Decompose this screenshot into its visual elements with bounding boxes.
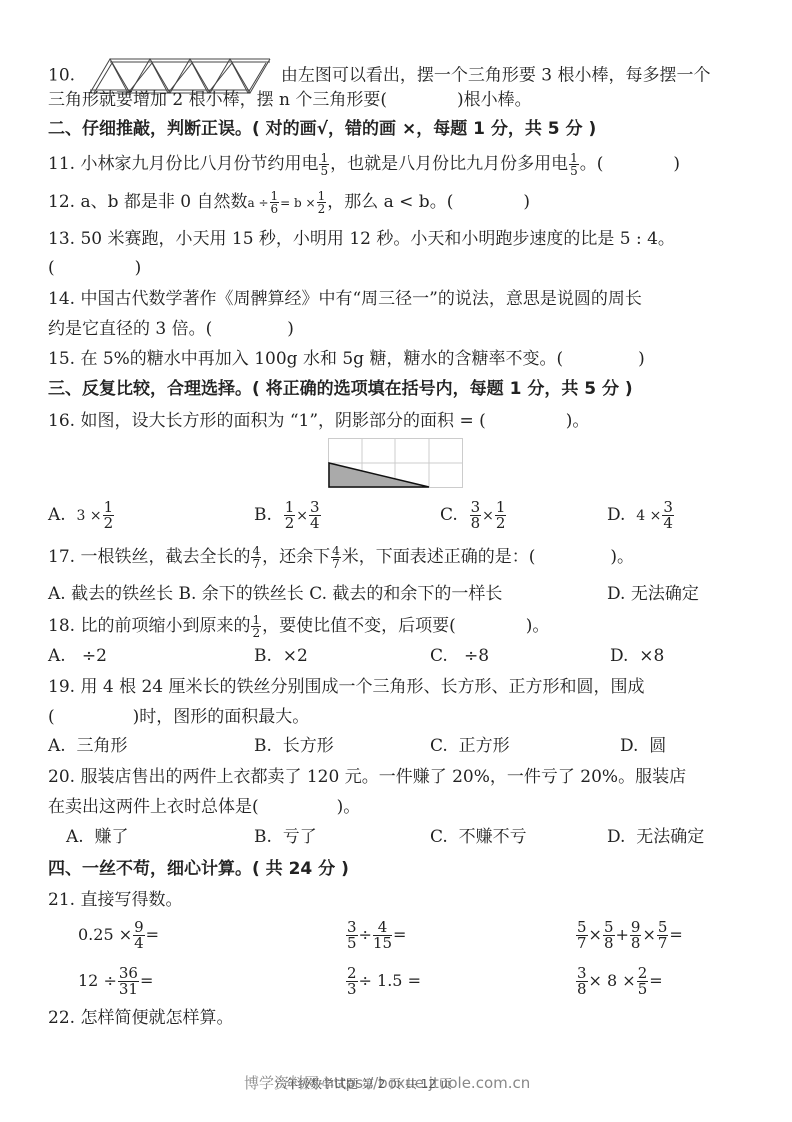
footer: 博学资料网-https://boxue.jtuole.com.cn 六年级数学试… [244,1072,530,1093]
q18-option-d[interactable]: D. ×8 [610,645,664,667]
q21-title: 21. 直接写得数。 [48,889,182,911]
q19-option-d[interactable]: D. 圆 [620,735,666,757]
section-4-heading: 四、一丝不苟，细心计算。( 共 24 分 ) [48,858,349,880]
q16-option-c[interactable]: C. 38×12 [440,500,507,531]
q15: 15. 在 5%的糖水中再加入 100g 水和 5g 糖，糖水的含糖率不变。() [48,348,645,370]
calc-1: 0.25 ×94= [78,920,159,951]
calc-5: 23÷ 1.5 = [345,966,421,997]
q14-line1: 14. 中国古代数学著作《周髀算经》中有“周三径一”的说法，意思是说圆的周长 [48,288,642,310]
q16-option-b[interactable]: B. 12×34 [254,500,322,531]
q20-option-c[interactable]: C. 不赚不亏 [430,826,527,848]
q19-line1: 19. 用 4 根 24 厘米长的铁丝分别围成一个三角形、长方形、正方形和圆，围… [48,676,645,698]
page-number: 六年级数学试题 第 2 页 共 12 页 [274,1075,452,1092]
q17-option-d[interactable]: D. 无法确定 [607,583,699,605]
calc-2: 35÷415= [345,920,406,951]
q17-options-abc[interactable]: A. 截去的铁丝长 B. 余下的铁丝长 C. 截去的和余下的一样长 [48,583,502,605]
q20-option-a[interactable]: A. 赚了 [66,826,129,848]
q12: 12. a、b 都是非 0 自然数a ÷16= b ×12，那么 a < b。(… [48,190,530,215]
q10-line2: 三角形就要增加 2 根小棒，摆 n 个三角形要()根小棒。 [48,89,532,111]
q14-line2: 约是它直径的 3 倍。() [48,318,294,340]
q18-option-c[interactable]: C. ÷8 [430,645,489,667]
q18-option-b[interactable]: B. ×2 [254,645,308,667]
q19-line2: ()时，图形的面积最大。 [48,706,309,728]
q20-option-b[interactable]: B. 亏了 [254,826,317,848]
calc-3: 57×58+98×57= [575,920,683,951]
section-3-heading: 三、反复比较，合理选择。( 将正确的选项填在括号内，每题 1 分，共 5 分 ) [48,378,633,400]
q16-option-a[interactable]: A. 3 ×12 [48,500,115,531]
q17: 17. 一根铁丝，截去全长的47，还余下47米，下面表述正确的是：()。 [48,545,634,570]
calc-6: 38× 8 ×25= [575,966,663,997]
q19-option-c[interactable]: C. 正方形 [430,735,510,757]
q19-option-b[interactable]: B. 长方形 [254,735,334,757]
q20-line1: 20. 服装店售出的两件上衣都卖了 120 元。一件赚了 20%，一件亏了 20… [48,766,686,788]
grid-figure [328,438,464,490]
calc-4: 12 ÷3631= [78,966,153,997]
q13-answer: () [48,257,141,279]
q20-option-d[interactable]: D. 无法确定 [607,826,704,848]
q20-line2: 在卖出这两件上衣时总体是()。 [48,796,360,818]
q19-option-a[interactable]: A. 三角形 [48,735,128,757]
q16: 16. 如图，设大长方形的面积为 “1”，阴影部分的面积 = ()。 [48,410,589,432]
q18-option-a[interactable]: A. ÷2 [48,645,107,667]
q13: 13. 50 米赛跑，小天用 15 秒，小明用 12 秒。小天和小明跑步速度的比… [48,228,675,250]
q16-option-d[interactable]: D. 4 ×34 [607,500,675,531]
question-number: 10. [48,66,75,86]
section-2-heading: 二、仔细推敲，判断正误。( 对的画√，错的画 ×，每题 1 分，共 5 分 ) [48,118,596,140]
q22-title: 22. 怎样简便就怎样算。 [48,1007,233,1029]
q11: 11. 小林家九月份比八月份节约用电15，也就是八月份比九月份多用电15。() [48,152,680,177]
q18: 18. 比的前项缩小到原来的12，要使比值不变，后项要()。 [48,614,549,639]
